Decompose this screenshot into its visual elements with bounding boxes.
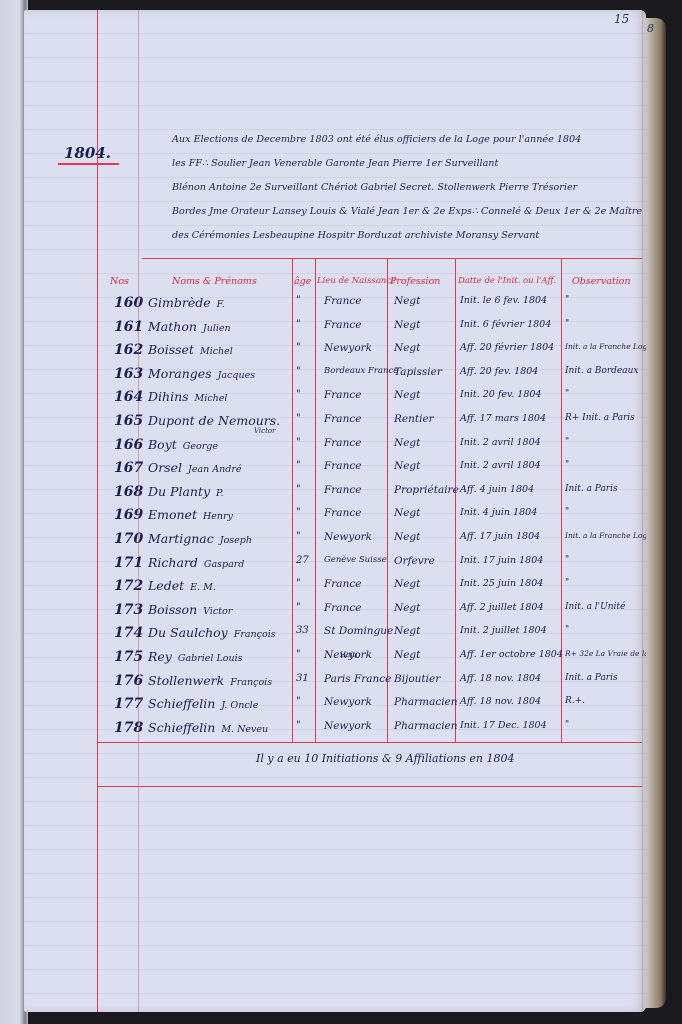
member-profession: Rentier (394, 413, 434, 425)
member-last-name: Ledet (148, 578, 184, 593)
member-name: MartignacJoseph (148, 531, 252, 546)
member-observation: " (565, 555, 569, 565)
member-profession: Negt (394, 625, 420, 637)
member-profession: Negt (394, 602, 420, 614)
member-profession: Negt (394, 507, 420, 519)
member-number: 167 (114, 460, 143, 476)
header-number: Nos (110, 276, 129, 287)
member-number: 173 (114, 602, 143, 618)
member-last-name: Boyt (148, 437, 177, 452)
member-profession: Pharmacien (394, 696, 458, 708)
table-bottom-rule (97, 742, 642, 743)
member-date: Init. le 6 fev. 1804 (460, 295, 547, 306)
intro-line: des Cérémonies Lesbeaupine Hospitr Bordu… (172, 224, 646, 248)
col-rule-age (292, 258, 293, 742)
member-name: BoytGeorge (148, 437, 218, 452)
member-date: Aff. 20 fev. 1804 (460, 366, 538, 377)
member-first-name: E. M. (190, 582, 216, 593)
member-date: Aff. 18 nov. 1804 (460, 673, 541, 684)
member-first-name: Joseph (220, 535, 252, 546)
member-date: Init. 4 juin 1804 (460, 507, 537, 518)
member-birthplace: Newyork (324, 342, 372, 354)
member-profession: Negt (394, 437, 420, 449)
member-date: Aff. 1er octobre 1804 (460, 649, 563, 660)
member-age: " (296, 484, 301, 495)
member-date: Aff. 18 nov. 1804 (460, 696, 541, 707)
col-rule-lieu (315, 258, 316, 742)
member-observation: " (565, 578, 569, 588)
intro-line: les FF∴ Soulier Jean Venerable Garonte J… (172, 152, 646, 176)
member-first-name: Michel (195, 393, 228, 404)
member-age: 27 (296, 555, 309, 566)
member-profession: Negt (394, 295, 420, 307)
member-name: Du PlantyP. (148, 484, 224, 499)
member-date: Init. 17 Dec. 1804 (460, 720, 547, 731)
member-date: Init. 2 avril 1804 (460, 437, 541, 448)
member-date: Init. 2 juillet 1804 (460, 625, 547, 636)
member-last-name: Orsel (148, 460, 182, 475)
member-date: Init. 20 fev. 1804 (460, 389, 541, 400)
col-rule-date (455, 258, 456, 742)
member-first-name: Michel (200, 346, 233, 357)
member-first-name: Jean André (188, 464, 241, 475)
member-age: " (296, 342, 301, 353)
ledger-scan: 18 15 1804. Aux Elections de Decembre 18… (0, 0, 682, 1024)
member-name: GimbrèdeF. (148, 295, 225, 310)
member-profession: Orfevre (394, 555, 435, 567)
member-name: StollenwerkFrançois (148, 673, 272, 688)
member-last-name: Boisson (148, 602, 197, 617)
member-name: SchieffelinM. Neveu (148, 720, 268, 735)
member-number: 162 (114, 342, 143, 358)
member-last-name: Boisset (148, 342, 194, 357)
member-number: 164 (114, 389, 143, 405)
member-observation: R.+. (565, 696, 585, 706)
member-last-name: Moranges (148, 366, 212, 381)
member-observation: " (565, 295, 569, 305)
member-profession: Bijoutier (394, 673, 440, 685)
member-last-name: Du Saulchoy (148, 625, 228, 640)
member-number: 174 (114, 625, 143, 641)
member-last-name: Dupont de Nemours. (148, 413, 280, 428)
member-number: 165 (114, 413, 143, 429)
member-name: EmonetHenry (148, 507, 233, 522)
member-observation: " (565, 720, 569, 730)
member-name: Du SaulchoyFrançois (148, 625, 276, 640)
member-birthplace: Newyork (324, 720, 372, 732)
member-observation: Init. a Bordeaux (565, 366, 638, 376)
member-age: " (296, 507, 301, 518)
member-age: " (296, 578, 301, 589)
member-observation: R+ 32e La Vraie de la Franche Loge (565, 649, 646, 658)
member-date: Aff. 17 juin 1804 (460, 531, 540, 542)
header-age: âge (294, 276, 311, 287)
member-age: " (296, 696, 301, 707)
member-age: " (296, 437, 301, 448)
member-first-name: François (230, 677, 272, 688)
member-age: " (296, 460, 301, 471)
member-profession: Negt (394, 460, 420, 472)
member-first-name: F. (217, 299, 225, 310)
member-date: Aff. 20 février 1804 (460, 342, 554, 353)
member-date: Init. 17 juin 1804 (460, 555, 543, 566)
member-birthplace: France (324, 484, 361, 496)
member-observation: " (565, 319, 569, 329)
member-last-name: Emonet (148, 507, 197, 522)
member-observation: R+ Init. a Paris (565, 413, 635, 423)
member-age: 33 (296, 625, 309, 636)
member-number: 168 (114, 484, 143, 500)
member-number: 163 (114, 366, 143, 382)
member-date: Aff. 2 juillet 1804 (460, 602, 544, 613)
member-date: Init. 2 avril 1804 (460, 460, 541, 471)
member-number: 176 (114, 673, 143, 689)
member-profession: Negt (394, 649, 420, 661)
member-first-name: Jacques (218, 370, 256, 381)
member-first-name: Henry (203, 511, 233, 522)
member-last-name: Richard (148, 555, 198, 570)
member-profession: Negt (394, 531, 420, 543)
member-name: BoissonVictor (148, 602, 232, 617)
member-last-name: Du Planty (148, 484, 210, 499)
member-name: ReyGabriel Louis (148, 649, 243, 664)
member-last-name: Rey (148, 649, 172, 664)
member-profession: Negt (394, 319, 420, 331)
header-date: Datte de l'Init. ou l'Aff. (458, 276, 556, 286)
member-observation: " (565, 437, 569, 447)
intro-line: Bordes Jme Orateur Lansey Louis & Vialé … (172, 200, 646, 224)
member-first-name: Victor (203, 606, 232, 617)
member-birthplace: France (324, 460, 361, 472)
summary-bottom-rule (97, 786, 642, 787)
member-first-name: J. Oncle (221, 700, 258, 711)
member-number: 172 (114, 578, 143, 594)
member-age: " (296, 649, 301, 660)
member-birthplace: France (324, 507, 361, 519)
member-first-name: Gaspard (204, 559, 245, 570)
table-top-rule (142, 258, 642, 259)
member-name: BoissetMichel (148, 342, 233, 357)
header-profession: Profession (390, 276, 440, 287)
member-number: 166 (114, 437, 143, 453)
birthplace-annotation: Haïti (340, 651, 358, 659)
member-number: 177 (114, 696, 143, 712)
member-last-name: Stollenwerk (148, 673, 224, 688)
header-observation: Observation (572, 276, 631, 287)
member-first-name: M. Neveu (221, 724, 268, 735)
header-names: Noms & Prénoms (172, 276, 257, 287)
member-birthplace: Newyork (324, 531, 372, 543)
member-profession: Pharmacien (394, 720, 458, 732)
member-observation: Init. a la Franche Loge (565, 531, 646, 540)
member-age: 31 (296, 673, 309, 684)
member-number: 178 (114, 720, 143, 736)
member-number: 161 (114, 319, 143, 335)
member-birthplace: France (324, 602, 361, 614)
member-birthplace: France (324, 578, 361, 590)
member-profession: Negt (394, 578, 420, 590)
col-rule-profession (387, 258, 388, 742)
member-birthplace: France (324, 319, 361, 331)
member-first-name: François (234, 629, 276, 640)
member-first-name: Julien (203, 323, 231, 334)
member-age: " (296, 413, 301, 424)
member-name: MathonJulien (148, 319, 231, 334)
member-number: 160 (114, 295, 143, 311)
member-observation: " (565, 389, 569, 399)
member-observation: " (565, 460, 569, 470)
member-birthplace: St Domingue (324, 625, 393, 637)
member-name: RichardGaspard (148, 555, 244, 570)
col-rule-observation (561, 258, 562, 742)
member-birthplace: France (324, 295, 361, 307)
member-profession: Negt (394, 342, 420, 354)
member-number: 171 (114, 555, 143, 571)
member-observation: Init. a Paris (565, 673, 618, 683)
member-profession: Propriétaire (394, 484, 459, 496)
member-name: LedetE. M. (148, 578, 216, 593)
member-last-name: Martignac (148, 531, 214, 546)
member-age: " (296, 389, 301, 400)
member-observation: Init. a l'Unité (565, 602, 625, 612)
member-date: Aff. 17 mars 1804 (460, 413, 546, 424)
year-label: 1804. (58, 144, 119, 165)
member-number: 169 (114, 507, 143, 523)
member-observation: Init. a la Franche Loge (565, 342, 646, 351)
intro-line: Aux Elections de Decembre 1803 ont été é… (172, 128, 646, 152)
officers-election-text: Aux Elections de Decembre 1803 ont été é… (172, 128, 646, 248)
member-observation: " (565, 507, 569, 517)
member-age: " (296, 319, 301, 330)
member-date: Init. 25 juin 1804 (460, 578, 543, 589)
member-birthplace: France (324, 389, 361, 401)
member-last-name: Schieffelin (148, 720, 215, 735)
member-name: DihinsMichel (148, 389, 227, 404)
member-last-name: Dihins (148, 389, 189, 404)
header-birthplace: Lieu de Naissance (317, 276, 396, 286)
intro-line: Blénon Antoine 2e Surveillant Chériot Ga… (172, 176, 646, 200)
year-summary: Il y a eu 10 Initiations & 9 Affiliation… (256, 752, 514, 765)
member-first-name: P. (216, 488, 224, 499)
member-profession: Tapissier (394, 366, 442, 378)
member-last-name: Schieffelin (148, 696, 215, 711)
member-age: " (296, 602, 301, 613)
ledger-page: 15 1804. Aux Elections de Decembre 1803 … (24, 10, 646, 1012)
member-birthplace: Paris France (324, 673, 391, 685)
member-name: SchieffelinJ. Oncle (148, 696, 258, 711)
member-first-name: George (183, 441, 218, 452)
member-age: " (296, 720, 301, 731)
member-date: Init. 6 février 1804 (460, 319, 551, 330)
member-age: " (296, 531, 301, 542)
member-name: Dupont de Nemours. (148, 413, 286, 428)
member-birthplace: France (324, 437, 361, 449)
member-birthplace: Genève Suisse (324, 555, 387, 565)
member-age: " (296, 366, 301, 377)
member-birthplace: France (324, 413, 361, 425)
member-date: Aff. 4 juin 1804 (460, 484, 534, 495)
name-annotation: Victor (254, 427, 275, 435)
member-number: 175 (114, 649, 143, 665)
member-name: MorangesJacques (148, 366, 255, 381)
member-last-name: Mathon (148, 319, 197, 334)
member-last-name: Gimbrède (148, 295, 211, 310)
member-first-name: Gabriel Louis (178, 653, 243, 664)
member-profession: Negt (394, 389, 420, 401)
member-observation: Init. a Paris (565, 484, 618, 494)
page-number: 15 (614, 12, 629, 26)
member-birthplace: Bordeaux France (324, 366, 398, 376)
member-name: OrselJean André (148, 460, 242, 475)
member-age: " (296, 295, 301, 306)
member-observation: " (565, 625, 569, 635)
member-number: 170 (114, 531, 143, 547)
member-birthplace: Newyork (324, 696, 372, 708)
